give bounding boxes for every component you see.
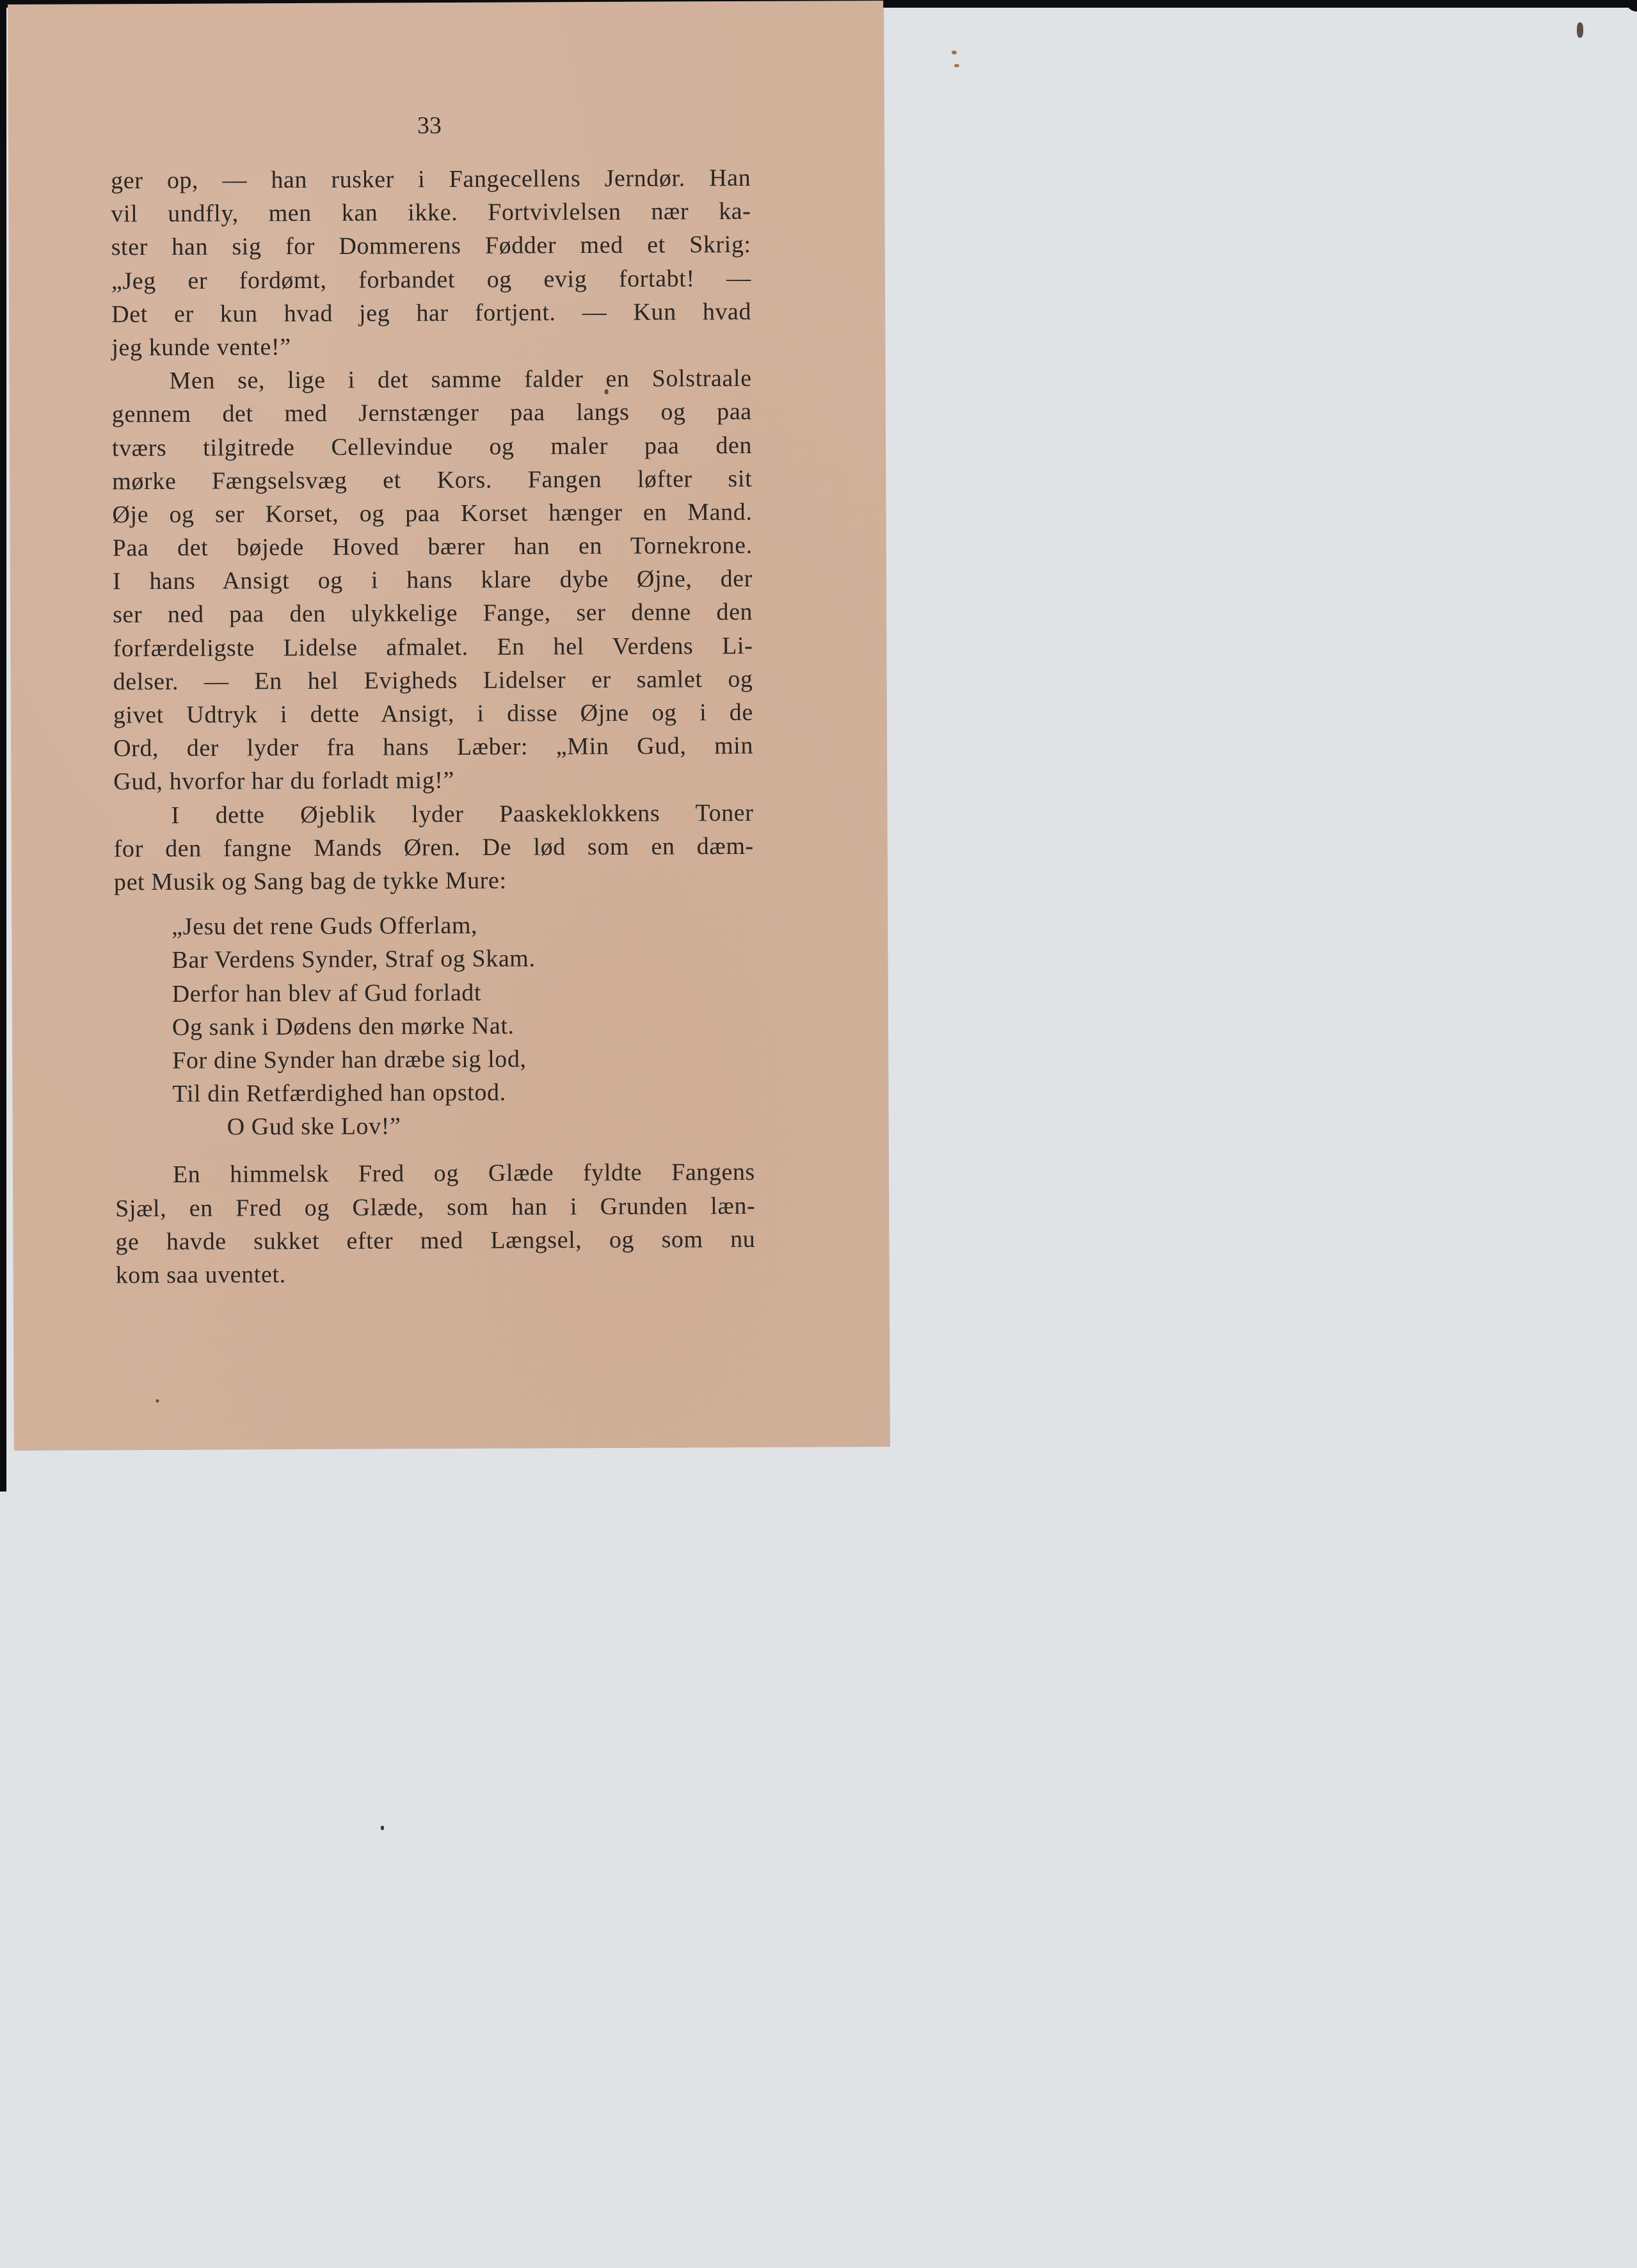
- text-line: gennem det med Jernstænger paa langs og …: [112, 395, 752, 431]
- text-line: jeg kunde vente!”: [111, 328, 751, 365]
- page-text: ger op, — han rusker i Fangecellens Jern…: [111, 161, 756, 1292]
- scanner-left-edge: [0, 0, 6, 1492]
- paragraph-3: I dette Øjeblik lyder Paaskeklokkens Ton…: [113, 796, 754, 899]
- text-line: pet Musik og Sang bag de tykke Mure:: [114, 863, 754, 899]
- verse-refrain: O Gud ske Lov!”: [115, 1108, 755, 1145]
- text-line: kom saa uventet.: [116, 1256, 756, 1292]
- text-line: ster han sig for Dommerens Fødder med et…: [111, 228, 751, 264]
- verse-line: „Jesu det rene Guds Offerlam,: [114, 908, 754, 944]
- text-line: ger op, — han rusker i Fangecellens Jern…: [111, 161, 751, 198]
- text-line: En himmelsk Fred og Glæde fyldte Fangens: [115, 1155, 755, 1192]
- text-line: Øje og ser Korset, og paa Korset hænger …: [112, 495, 752, 532]
- closing-paragraph: En himmelsk Fred og Glæde fyldte Fangens…: [115, 1155, 756, 1292]
- text-line: „Jeg er fordømt, forbandet og evig forta…: [111, 261, 751, 298]
- text-line: Men se, lige i det samme falder en Solst…: [111, 362, 751, 398]
- page-number: 33: [8, 109, 850, 141]
- verse-line: Til din Retfærdighed han opstod.: [115, 1075, 755, 1111]
- text-line: I dette Øjeblik lyder Paaskeklokkens Ton…: [113, 796, 753, 832]
- verse-line: Derfor han blev af Gud forladt: [115, 974, 755, 1011]
- paragraph-1: ger op, — han rusker i Fangecellens Jern…: [111, 161, 751, 364]
- text-line: vil undfly, men kan ikke. Fortvivlelsen …: [111, 195, 751, 231]
- paper-speck: [156, 1399, 159, 1403]
- text-line: forfærdeligste Lidelse afmalet. En hel V…: [113, 629, 753, 666]
- paper-speck: [605, 389, 609, 394]
- text-line: ser ned paa den ulykkelige Fange, ser de…: [113, 595, 753, 632]
- text-line: Paa det bøjede Hoved bærer han en Tornek…: [113, 529, 753, 565]
- verse-line: Bar Verdens Synder, Straf og Skam.: [114, 941, 754, 977]
- text-line: ge havde sukket efter med Længsel, og so…: [115, 1223, 755, 1259]
- scanner-dust: [1577, 22, 1583, 38]
- text-line: Det er kun hvad jeg har fortjent. — Kun …: [111, 295, 751, 332]
- hymn-verse: „Jesu det rene Guds Offerlam, Bar Verden…: [114, 908, 755, 1145]
- text-line: mørke Fængselsvæg et Kors. Fangen løfter…: [112, 462, 752, 499]
- text-line: Ord, der lyder fra hans Læber: „Min Gud,…: [113, 729, 753, 766]
- paragraph-2: Men se, lige i det samme falder en Solst…: [111, 362, 753, 799]
- verse-line: Og sank i Dødens den mørke Nat.: [115, 1008, 755, 1045]
- verse-line: For dine Synder han dræbe sig lod,: [115, 1042, 755, 1078]
- scanner-dust: [381, 1826, 384, 1830]
- text-line: delser. — En hel Evigheds Lidelser er sa…: [113, 663, 753, 699]
- text-line: I hans Ansigt og i hans klare dybe Øjne,…: [113, 562, 753, 599]
- scanner-corner: [1625, 0, 1637, 12]
- scanner-dust: [952, 51, 957, 54]
- text-line: Sjæl, en Fred og Glæde, som han i Grunde…: [115, 1189, 755, 1226]
- text-line: Gud, hvorfor har du forladt mig!”: [113, 762, 753, 799]
- scanner-dust: [954, 64, 959, 67]
- text-line: tværs tilgitrede Cellevindue og maler pa…: [112, 428, 752, 465]
- text-line: givet Udtryk i dette Ansigt, i disse Øjn…: [113, 696, 753, 732]
- book-page: 33 ger op, — han rusker i Fangecellens J…: [8, 1, 890, 1450]
- text-line: for den fangne Mands Øren. De lød som en…: [114, 830, 754, 866]
